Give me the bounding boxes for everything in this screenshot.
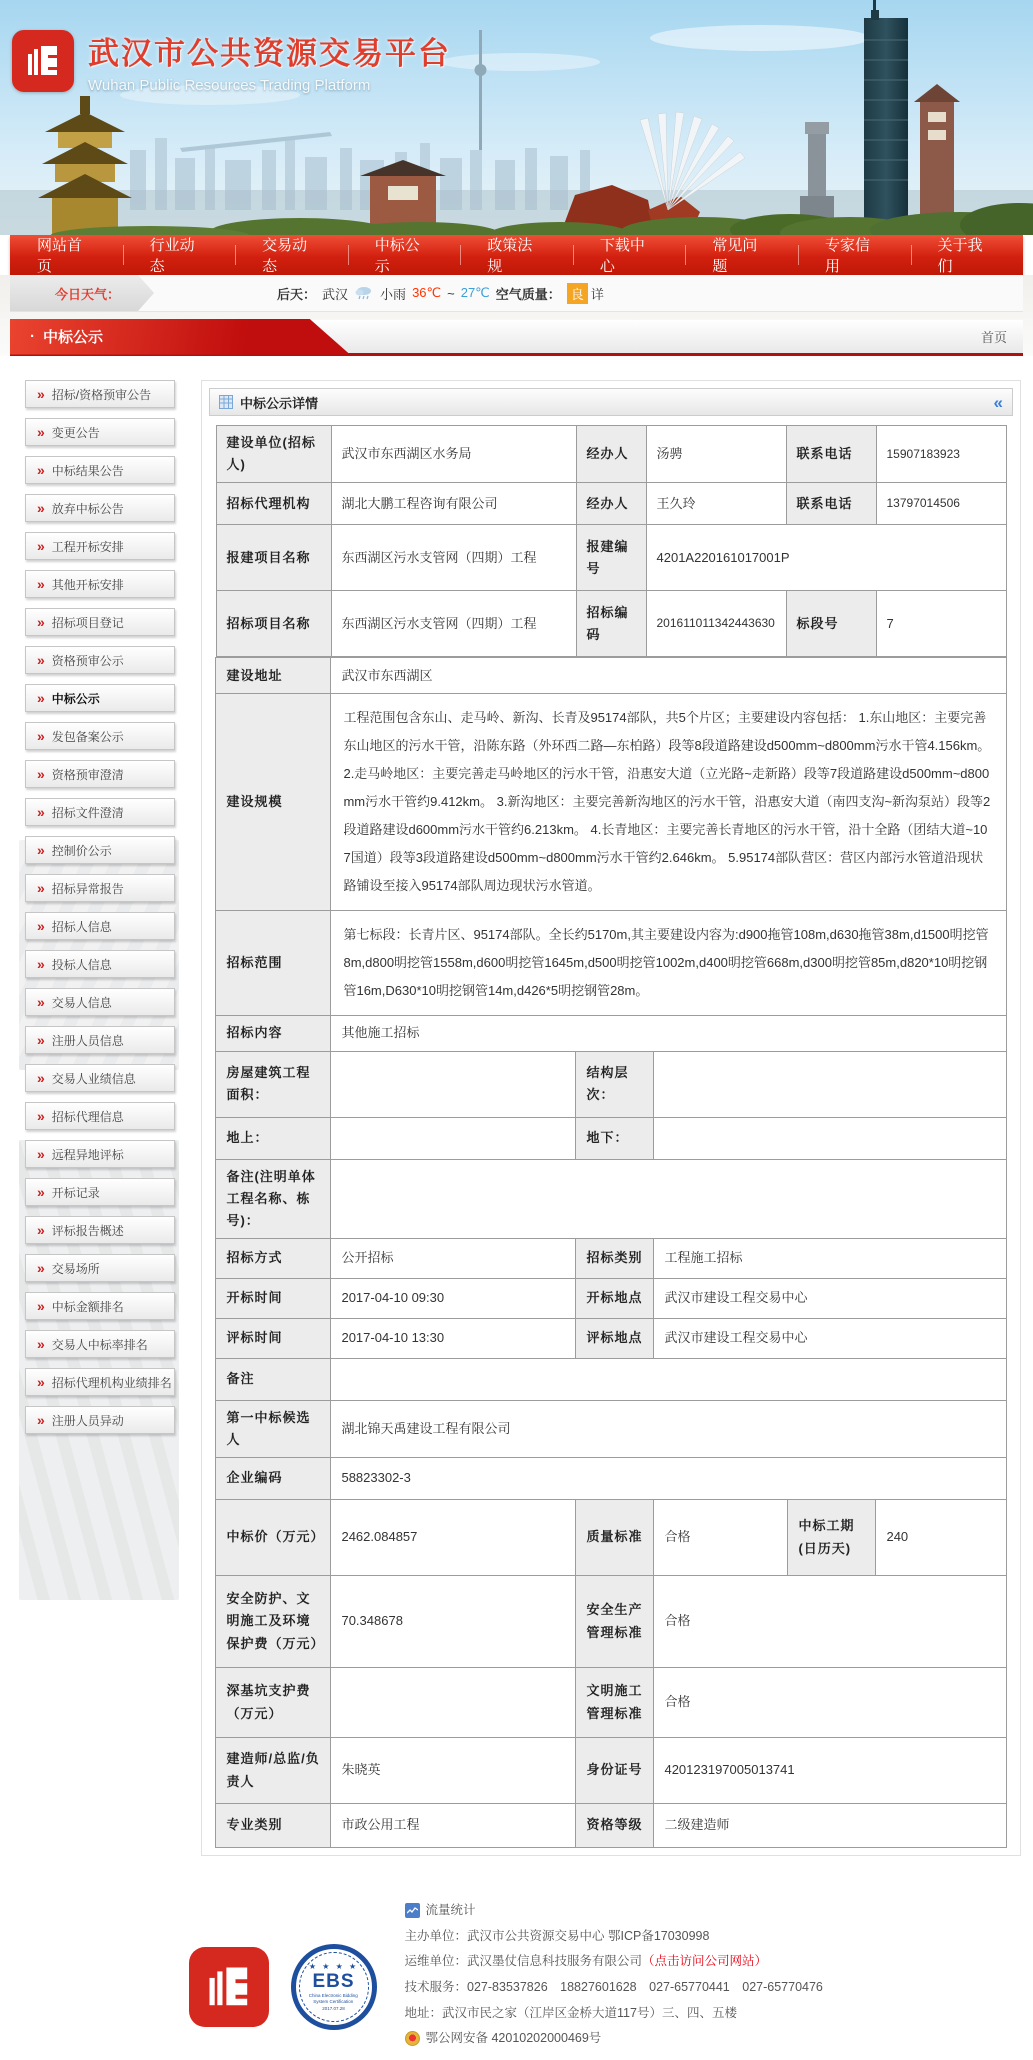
field-label: 备注(注明单体工程名称、栋号)： bbox=[216, 1159, 331, 1238]
double-arrow-icon: » bbox=[37, 1109, 45, 1123]
breadcrumb-bar: · 中标公示 首页 bbox=[10, 320, 1023, 356]
table-row: 建设规模 工程范围包含东山、走马岭、新沟、长青及95174部队，共5个片区；主要… bbox=[216, 694, 1006, 911]
bid-detail-table-main: 建设地址 武汉市东西湖区 建设规模 工程范围包含东山、走马岭、新沟、长青及951… bbox=[215, 657, 1006, 1848]
table-row: 开标时间 2017-04-10 09:30 开标地点 武汉市建设工程交易中心 bbox=[216, 1278, 1006, 1318]
sidebar-item-bid-result-notice[interactable]: »中标结果公告 bbox=[25, 456, 175, 484]
panel-title: 中标公示详情 bbox=[240, 393, 318, 412]
site-logo[interactable] bbox=[12, 30, 74, 92]
field-label: 招标范围 bbox=[216, 910, 331, 1015]
footer-site-logo[interactable] bbox=[189, 1947, 269, 2027]
field-label: 结构层次： bbox=[576, 1051, 654, 1117]
double-arrow-icon: » bbox=[37, 729, 45, 743]
field-label: 身份证号 bbox=[576, 1738, 654, 1804]
field-label: 报建项目名称 bbox=[216, 525, 331, 591]
double-arrow-icon: » bbox=[37, 691, 45, 705]
field-value: 15907183923 bbox=[876, 426, 1006, 483]
sidebar-item-other-opening-schedule[interactable]: »其他开标安排 bbox=[25, 570, 175, 598]
table-row: 评标时间 2017-04-10 13:30 评标地点 武汉市建设工程交易中心 bbox=[216, 1318, 1006, 1358]
main-nav: 网站首页 行业动态 交易动态 中标公示 政策法规 下载中心 常见问题 专家信用 … bbox=[10, 235, 1023, 275]
table-row: 建设单位(招标人) 武汉市东西湖区水务局 经办人 汤骋 联系电话 1590718… bbox=[216, 426, 1006, 483]
field-label: 第一中标候选人 bbox=[216, 1400, 331, 1457]
double-arrow-icon: » bbox=[37, 463, 45, 477]
weather-high-temp: 36℃ bbox=[412, 285, 441, 301]
sidebar-item-agency-performance-ranking[interactable]: »招标代理机构业绩排名 bbox=[25, 1368, 175, 1396]
field-label: 中标工期(日历天) bbox=[788, 1500, 876, 1576]
sidebar-item-bid-publicity[interactable]: »中标公示 bbox=[25, 684, 175, 712]
sidebar-item-tender-document-clarification[interactable]: »招标文件澄清 bbox=[25, 798, 175, 826]
table-row: 中标价（万元） 2462.084857 质量标准 合格 中标工期(日历天) 24… bbox=[216, 1500, 1006, 1576]
field-label: 联系电话 bbox=[786, 483, 876, 525]
sidebar-item-prequalification-publicity[interactable]: »资格预审公示 bbox=[25, 646, 175, 674]
table-row: 地上： 地下： bbox=[216, 1117, 1006, 1159]
field-value bbox=[654, 1051, 1006, 1117]
weather-condition: 小雨 bbox=[380, 284, 406, 303]
nav-item-home[interactable]: 网站首页 bbox=[10, 235, 123, 275]
breadcrumb-current: 中标公示 bbox=[43, 326, 103, 347]
footer-address-line: 地址：武汉市民之家（江岸区金桥大道117号）三、四、五楼 bbox=[405, 2001, 845, 2027]
double-arrow-icon: » bbox=[37, 919, 45, 933]
field-value bbox=[331, 1051, 576, 1117]
collapse-button[interactable]: « bbox=[994, 394, 1003, 411]
double-arrow-icon: » bbox=[37, 387, 45, 401]
field-value: 武汉市建设工程交易中心 bbox=[654, 1278, 1006, 1318]
double-arrow-icon: » bbox=[37, 1033, 45, 1047]
field-label: 招标编码 bbox=[576, 591, 646, 657]
site-title: 武汉市公共资源交易平台 bbox=[88, 28, 451, 73]
double-arrow-icon: » bbox=[37, 1299, 45, 1313]
table-row: 备注(注明单体工程名称、栋号)： bbox=[216, 1159, 1006, 1238]
sidebar-item-bidder-info[interactable]: »投标人信息 bbox=[25, 950, 175, 978]
footer-host-line: 主办单位：武汉市公共资源交易中心 鄂ICP备17030998 bbox=[405, 1924, 845, 1950]
public-security-badge-icon bbox=[405, 2031, 420, 2046]
footer-ops-line: 运维单位：武汉墨仗信息科技服务有限公司（点击访问公司网站） bbox=[405, 1949, 845, 1975]
field-label: 开标地点 bbox=[576, 1278, 654, 1318]
double-arrow-icon: » bbox=[37, 1147, 45, 1161]
sidebar-item-tender-abnormal-report[interactable]: »招标异常报告 bbox=[25, 874, 175, 902]
double-arrow-icon: » bbox=[37, 1185, 45, 1199]
field-value: 58823302-3 bbox=[331, 1458, 1006, 1500]
sidebar-item-registered-personnel-changes[interactable]: »注册人员异动 bbox=[25, 1406, 175, 1434]
sidebar-item-tenderer-info[interactable]: »招标人信息 bbox=[25, 912, 175, 940]
field-label: 评标地点 bbox=[576, 1318, 654, 1358]
double-arrow-icon: » bbox=[37, 539, 45, 553]
field-value: 武汉市东西湖区 bbox=[331, 658, 1006, 694]
field-value: 2017-04-10 09:30 bbox=[331, 1278, 576, 1318]
nav-item-trade-news[interactable]: 交易动态 bbox=[235, 235, 348, 275]
traffic-stats-link[interactable]: 流量统计 bbox=[426, 1898, 476, 1924]
table-row: 备注 bbox=[216, 1358, 1006, 1400]
field-label: 房屋建筑工程面积： bbox=[216, 1051, 331, 1117]
sidebar-item-trader-info[interactable]: »交易人信息 bbox=[25, 988, 175, 1016]
field-label: 招标内容 bbox=[216, 1015, 331, 1051]
air-quality-badge: 良 bbox=[567, 283, 588, 304]
field-label: 质量标准 bbox=[576, 1500, 654, 1576]
field-value: 二级建造师 bbox=[654, 1804, 1006, 1848]
field-value: 东西湖区污水支管网（四期）工程 bbox=[331, 591, 576, 657]
sidebar-item-tender-project-registration[interactable]: »招标项目登记 bbox=[25, 608, 175, 636]
field-value: 合格 bbox=[654, 1668, 1006, 1738]
field-value: 其他施工招标 bbox=[331, 1015, 1006, 1051]
field-value: 4201A220161017001P bbox=[646, 525, 1006, 591]
double-arrow-icon: » bbox=[37, 881, 45, 895]
nav-item-policies[interactable]: 政策法规 bbox=[460, 235, 573, 275]
field-label: 资格等级 bbox=[576, 1804, 654, 1848]
double-arrow-icon: » bbox=[37, 1337, 45, 1351]
table-row: 报建项目名称 东西湖区污水支管网（四期）工程 报建编号 4201A2201610… bbox=[216, 525, 1006, 591]
ebs-certification-badge[interactable]: ★ ★ ★ ★ EBS China Electronic Bidding Sys… bbox=[291, 1944, 377, 2030]
field-value: 湖北锦天禹建设工程有限公司 bbox=[331, 1400, 1006, 1457]
header-banner: 武汉市公共资源交易平台 Wuhan Public Resources Tradi… bbox=[0, 0, 1033, 235]
double-arrow-icon: » bbox=[37, 577, 45, 591]
table-row: 建设地址 武汉市东西湖区 bbox=[216, 658, 1006, 694]
nav-item-bid-publicity[interactable]: 中标公示 bbox=[348, 235, 461, 275]
double-arrow-icon: » bbox=[37, 615, 45, 629]
field-label: 备注 bbox=[216, 1358, 331, 1400]
double-arrow-icon: » bbox=[37, 767, 45, 781]
field-value: 240 bbox=[876, 1500, 1006, 1576]
field-value: 武汉市东西湖区水务局 bbox=[331, 426, 576, 483]
field-label: 经办人 bbox=[576, 426, 646, 483]
field-value bbox=[331, 1668, 576, 1738]
weather-tilde: ~ bbox=[447, 286, 455, 301]
field-value: 2462.084857 bbox=[331, 1500, 576, 1576]
double-arrow-icon: » bbox=[37, 995, 45, 1009]
field-value: 201611011342443630 bbox=[646, 591, 786, 657]
breadcrumb-home-link[interactable]: 首页 bbox=[981, 327, 1007, 346]
table-row: 房屋建筑工程面积： 结构层次： bbox=[216, 1051, 1006, 1117]
field-value: 70.348678 bbox=[331, 1576, 576, 1668]
field-value: 武汉市建设工程交易中心 bbox=[654, 1318, 1006, 1358]
sidebar-item-change-notice[interactable]: »变更公告 bbox=[25, 418, 175, 446]
field-value: 工程施工招标 bbox=[654, 1238, 1006, 1278]
main-content: »招标/资格预审公告 »变更公告 »中标结果公告 »放弃中标公告 »工程开标安排… bbox=[0, 380, 1033, 1856]
sidebar-item-contract-filing-publicity[interactable]: »发包备案公示 bbox=[25, 722, 175, 750]
field-label: 招标方式 bbox=[216, 1238, 331, 1278]
field-label: 报建编号 bbox=[576, 525, 646, 591]
site-subtitle: Wuhan Public Resources Trading Platform bbox=[88, 77, 451, 94]
field-value: 公开招标 bbox=[331, 1238, 576, 1278]
field-value: 7 bbox=[876, 591, 1006, 657]
sidebar-item-bid-opening-record[interactable]: »开标记录 bbox=[25, 1178, 175, 1206]
field-label: 专业类别 bbox=[216, 1804, 331, 1848]
double-arrow-icon: » bbox=[37, 425, 45, 439]
sidebar-item-remote-evaluation[interactable]: »远程异地评标 bbox=[25, 1140, 175, 1168]
sidebar-item-prequalification-clarification[interactable]: »资格预审澄清 bbox=[25, 760, 175, 788]
beian-link[interactable]: 鄂公网安备 42010202000469号 bbox=[426, 2026, 602, 2052]
field-label: 地上： bbox=[216, 1117, 331, 1159]
field-value: 第七标段：长青片区、95174部队。全长约5170m,其主要建设内容为:d900… bbox=[331, 910, 1006, 1015]
field-label: 安全防护、文明施工及环境保护费（万元） bbox=[216, 1576, 331, 1668]
sidebar-item-trader-performance-info[interactable]: »交易人业绩信息 bbox=[25, 1064, 175, 1092]
field-label: 文明施工管理标准 bbox=[576, 1668, 654, 1738]
field-value bbox=[654, 1117, 1006, 1159]
weather-city: 武汉 bbox=[322, 284, 348, 303]
field-label: 建设规模 bbox=[216, 694, 331, 911]
double-arrow-icon: » bbox=[37, 1413, 45, 1427]
table-row: 深基坑支护费（万元） 文明施工管理标准 合格 bbox=[216, 1668, 1006, 1738]
field-value bbox=[331, 1117, 576, 1159]
sidebar-item-project-opening-schedule[interactable]: »工程开标安排 bbox=[25, 532, 175, 560]
sidebar-item-abandon-bid-notice[interactable]: »放弃中标公告 bbox=[25, 494, 175, 522]
panel-header: 中标公示详情 « bbox=[209, 388, 1013, 416]
field-value: 湖北大鹏工程咨询有限公司 bbox=[331, 483, 576, 525]
field-label: 企业编码 bbox=[216, 1458, 331, 1500]
sidebar-item-registered-personnel-info[interactable]: »注册人员信息 bbox=[25, 1026, 175, 1054]
field-label: 建造师/总监/负责人 bbox=[216, 1738, 331, 1804]
weather-day-label: 后天： bbox=[277, 284, 316, 303]
nav-item-faq[interactable]: 常见问题 bbox=[685, 235, 798, 275]
field-label: 中标价（万元） bbox=[216, 1500, 331, 1576]
table-row: 第一中标候选人 湖北锦天禹建设工程有限公司 bbox=[216, 1400, 1006, 1457]
table-row: 招标内容 其他施工招标 bbox=[216, 1015, 1006, 1051]
table-row: 安全防护、文明施工及环境保护费（万元） 70.348678 安全生产管理标准 合… bbox=[216, 1576, 1006, 1668]
double-arrow-icon: » bbox=[37, 1071, 45, 1085]
breadcrumb: · 中标公示 bbox=[10, 319, 350, 355]
table-row: 建造师/总监/负责人 朱晓英 身份证号 420123197005013741 bbox=[216, 1738, 1006, 1804]
sidebar: »招标/资格预审公告 »变更公告 »中标结果公告 »放弃中标公告 »工程开标安排… bbox=[25, 380, 175, 1444]
building-logo-icon bbox=[203, 1961, 255, 2013]
weather-low-temp: 27℃ bbox=[461, 285, 490, 301]
building-logo-icon bbox=[23, 41, 63, 81]
field-label: 招标项目名称 bbox=[216, 591, 331, 657]
field-value: 朱晓英 bbox=[331, 1738, 576, 1804]
double-arrow-icon: » bbox=[37, 653, 45, 667]
field-label: 地下： bbox=[576, 1117, 654, 1159]
weather-detail-link[interactable]: 详 bbox=[591, 284, 604, 303]
field-label: 开标时间 bbox=[216, 1278, 331, 1318]
double-arrow-icon: » bbox=[37, 1223, 45, 1237]
table-row: 招标项目名称 东西湖区污水支管网（四期）工程 招标编码 201611011342… bbox=[216, 591, 1006, 657]
field-value: 汤骋 bbox=[646, 426, 786, 483]
weather-bar: 今日天气： 后天： 武汉 小雨 36℃ ~ 27℃ 空气质量： 良 详 bbox=[10, 275, 1023, 312]
field-value: 合格 bbox=[654, 1500, 788, 1576]
field-value: 工程范围包含东山、走马岭、新沟、长青及95174部队，共5个片区；主要建设内容包… bbox=[331, 694, 1006, 911]
sidebar-item-tender-agency-info[interactable]: »招标代理信息 bbox=[25, 1102, 175, 1130]
double-arrow-icon: » bbox=[37, 843, 45, 857]
field-label: 建设单位(招标人) bbox=[216, 426, 331, 483]
table-row: 招标代理机构 湖北大鹏工程咨询有限公司 经办人 王久玲 联系电话 1379701… bbox=[216, 483, 1006, 525]
table-row: 招标方式 公开招标 招标类别 工程施工招标 bbox=[216, 1238, 1006, 1278]
sidebar-item-trading-venue[interactable]: »交易场所 bbox=[25, 1254, 175, 1282]
field-value bbox=[331, 1358, 1006, 1400]
sidebar-item-control-price-publicity[interactable]: »控制价公示 bbox=[25, 836, 175, 864]
traffic-stats-icon bbox=[405, 1903, 420, 1918]
nav-item-about-us[interactable]: 关于我们 bbox=[911, 235, 1024, 275]
table-grid-icon bbox=[219, 395, 233, 409]
upper-strip: 今日天气： 后天： 武汉 小雨 36℃ ~ 27℃ 空气质量： 良 详 · 中标… bbox=[0, 275, 1033, 356]
field-label: 建设地址 bbox=[216, 658, 331, 694]
table-row: 专业类别 市政公用工程 资格等级 二级建造师 bbox=[216, 1804, 1006, 1848]
sidebar-item-trader-win-rate-ranking[interactable]: »交易人中标率排名 bbox=[25, 1330, 175, 1358]
skyscraper-silhouette bbox=[864, 0, 908, 235]
double-arrow-icon: » bbox=[37, 805, 45, 819]
table-row: 企业编码 58823302-3 bbox=[216, 1458, 1006, 1500]
field-value: 王久玲 bbox=[646, 483, 786, 525]
double-arrow-icon: » bbox=[37, 501, 45, 515]
field-label: 招标类别 bbox=[576, 1238, 654, 1278]
nav-item-expert-credit[interactable]: 专家信用 bbox=[798, 235, 911, 275]
field-label: 联系电话 bbox=[786, 426, 876, 483]
field-value: 420123197005013741 bbox=[654, 1738, 1006, 1804]
rain-cloud-icon bbox=[354, 284, 374, 303]
sidebar-item-bid-amount-ranking[interactable]: »中标金额排名 bbox=[25, 1292, 175, 1320]
field-value bbox=[331, 1159, 1006, 1238]
field-value: 13797014506 bbox=[876, 483, 1006, 525]
breadcrumb-dot-icon: · bbox=[30, 328, 35, 345]
nav-item-industry-news[interactable]: 行业动态 bbox=[123, 235, 236, 275]
double-arrow-icon: » bbox=[37, 1375, 45, 1389]
double-arrow-icon: » bbox=[37, 957, 45, 971]
field-label: 评标时间 bbox=[216, 1318, 331, 1358]
sidebar-item-evaluation-report-overview[interactable]: »评标报告概述 bbox=[25, 1216, 175, 1244]
sidebar-item-tender-prequalification-notice[interactable]: »招标/资格预审公告 bbox=[25, 380, 175, 408]
nav-item-downloads[interactable]: 下载中心 bbox=[573, 235, 686, 275]
air-quality-label: 空气质量： bbox=[496, 284, 561, 303]
double-arrow-icon: » bbox=[37, 1261, 45, 1275]
site-brand[interactable]: 武汉市公共资源交易平台 Wuhan Public Resources Tradi… bbox=[12, 28, 451, 94]
bid-detail-table-top: 建设单位(招标人) 武汉市东西湖区水务局 经办人 汤骋 联系电话 1590718… bbox=[216, 425, 1007, 657]
weather-tag: 今日天气： bbox=[10, 275, 154, 311]
field-value: 2017-04-10 13:30 bbox=[331, 1318, 576, 1358]
field-label: 标段号 bbox=[786, 591, 876, 657]
detail-panel: 中标公示详情 « 建设单位(招标人) 武汉市东西湖区水务局 经办人 汤骋 联系电… bbox=[201, 380, 1021, 1856]
field-label: 经办人 bbox=[576, 483, 646, 525]
field-value: 东西湖区污水支管网（四期）工程 bbox=[331, 525, 576, 591]
field-label: 深基坑支护费（万元） bbox=[216, 1668, 331, 1738]
page-footer: ★ ★ ★ ★ EBS China Electronic Bidding Sys… bbox=[0, 1898, 1033, 2052]
field-value: 市政公用工程 bbox=[331, 1804, 576, 1848]
company-site-link[interactable]: （点击访问公司网站） bbox=[642, 1954, 767, 1968]
field-label: 招标代理机构 bbox=[216, 483, 331, 525]
footer-tech-line: 技术服务：027-83537826 18827601628 027-657704… bbox=[405, 1975, 845, 2001]
table-row: 招标范围 第七标段：长青片区、95174部队。全长约5170m,其主要建设内容为… bbox=[216, 910, 1006, 1015]
field-label: 安全生产管理标准 bbox=[576, 1576, 654, 1668]
field-value: 合格 bbox=[654, 1576, 1006, 1668]
